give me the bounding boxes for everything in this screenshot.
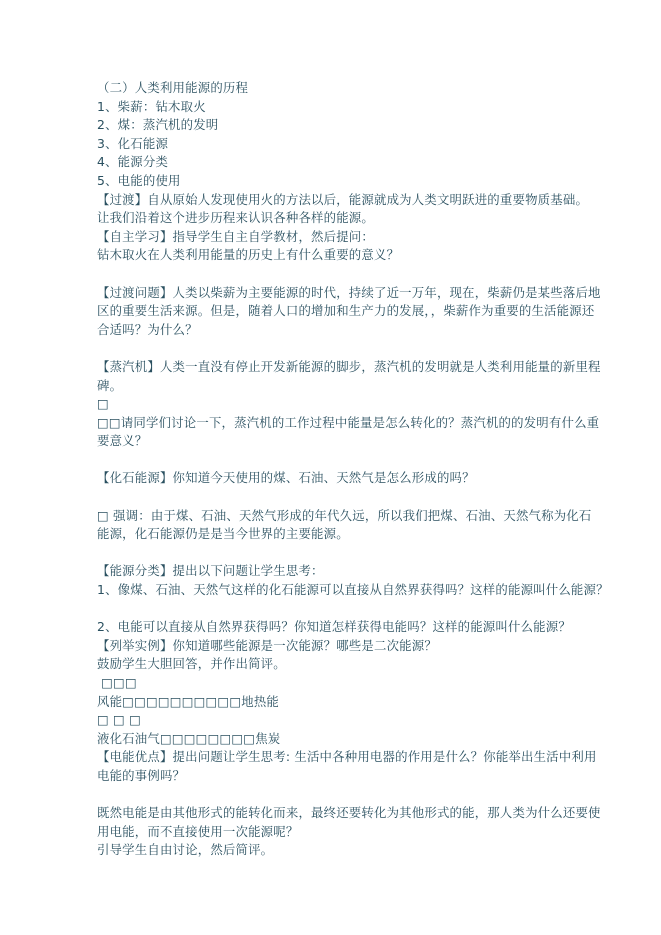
list-item: 2、煤：蒸汽机的发明 <box>97 116 587 135</box>
text-line: 【能源分类】提出以下问题让学生思考： <box>97 562 587 581</box>
text-line: 能源，化石能源仍是是当今世界的主要能源。 <box>97 525 587 544</box>
text-line: 【列举实例】你知道哪些能源是一次能源？哪些是二次能源？ <box>97 637 587 656</box>
blank-line <box>97 488 587 507</box>
text-line: 液化石油气□□□□□□□□焦炭 <box>97 730 587 749</box>
list-item: 5、电能的使用 <box>97 172 587 191</box>
text-line: □□请同学们讨论一下，蒸汽机的工作过程中能量是怎么转化的？蒸汽机的的发明有什么重 <box>97 414 587 433</box>
blank-line <box>97 544 587 563</box>
text-line: 【蒸汽机】人类一直没有停止开发新能源的脚步，蒸汽机的发明就是人类利用能量的新里程 <box>97 358 587 377</box>
text-line: 【过渡问题】人类以柴薪为主要能源的时代，持续了近一万年，现在，柴薪仍是某些落后地 <box>97 284 587 303</box>
text-line: 风能□□□□□□□□□□地热能 <box>97 693 587 712</box>
text-line: □ 强调：由于煤、石油、天然气形成的年代久远，所以我们把煤、石油、天然气称为化石 <box>97 507 587 526</box>
list-item: 3、化石能源 <box>97 135 587 154</box>
text-line: 【化石能源】你知道今天使用的煤、石油、天然气是怎么形成的吗？ <box>97 469 587 488</box>
placeholder-boxes: □ □ □ <box>97 711 587 730</box>
text-line: 让我们沿着这个进步历程来认识各种各样的能源。 <box>97 209 587 228</box>
blank-line <box>97 451 587 470</box>
text-line: 区的重要生活来源。但是，随着人口的增加和生产力的发展，，柴薪作为重要的生活能源还 <box>97 302 587 321</box>
text-line: 碑。 <box>97 377 587 396</box>
text-line: 钻木取火在人类利用能量的历史上有什么重要的意义？ <box>97 246 587 265</box>
document-page: （二）人类利用能源的历程 1、柴薪：钻木取火 2、煤：蒸汽机的发明 3、化石能源… <box>0 0 661 935</box>
blank-line <box>97 600 587 619</box>
text-line: 合适吗？为什么？ <box>97 321 587 340</box>
text-line: □ <box>97 395 587 414</box>
text-line: 【过渡】自从原始人发现使用火的方法以后，能源就成为人类文明跃进的重要物质基础。 <box>97 191 587 210</box>
text-line: 用电能，而不直接使用一次能源呢？ <box>97 823 587 842</box>
text-line: 【电能优点】提出问题让学生思考: 生活中各种用电器的作用是什么？你能举出生活中利… <box>97 748 587 767</box>
list-item: 4、能源分类 <box>97 153 587 172</box>
section-title: （二）人类利用能源的历程 <box>97 79 587 98</box>
text-line: 电能的事例吗？ <box>97 767 587 786</box>
text-line: 2、电能可以直接从自然界获得吗？你知道怎样获得电能吗？这样的能源叫什么能源？ <box>97 618 587 637</box>
text-line: 【自主学习】指导学生自主自学教材，然后提问： <box>97 228 587 247</box>
text-line: 既然电能是由其他形式的能转化而来，最终还要转化为其他形式的能，那人类为什么还要使 <box>97 804 587 823</box>
blank-line <box>97 265 587 284</box>
list-item: 1、柴薪：钻木取火 <box>97 98 587 117</box>
blank-line <box>97 339 587 358</box>
text-line: 引导学生自由讨论，然后简评。 <box>97 841 587 860</box>
lesson-plan-text: （二）人类利用能源的历程 1、柴薪：钻木取火 2、煤：蒸汽机的发明 3、化石能源… <box>97 79 587 860</box>
placeholder-boxes: □□□ <box>97 674 587 693</box>
text-line: 鼓励学生大胆回答，并作出简评。 <box>97 655 587 674</box>
blank-line <box>97 786 587 805</box>
text-line: 要意义？ <box>97 432 587 451</box>
text-line: 1、像煤、石油、天然气这样的化石能源可以直接从自然界获得吗？这样的能源叫什么能源… <box>97 581 587 600</box>
